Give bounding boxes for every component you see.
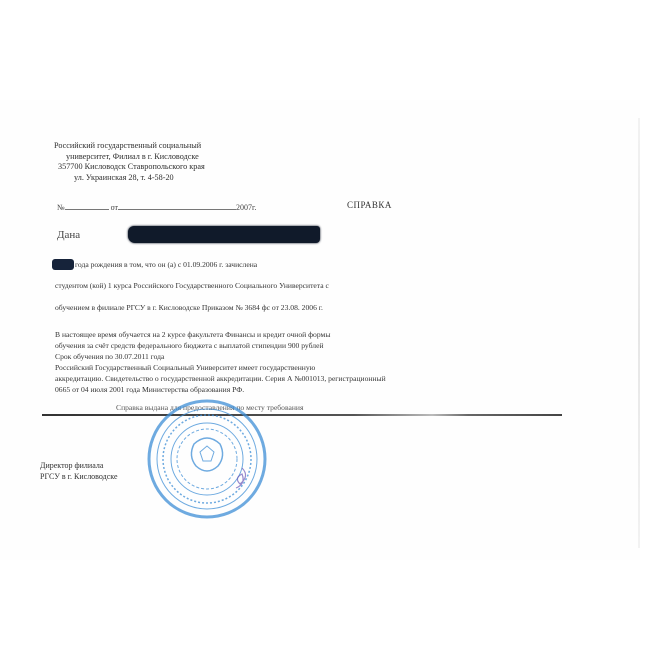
- header-line: университет, Филиал в г. Кисловодске: [54, 152, 205, 163]
- institution-header: Российский государственный социальный ун…: [54, 141, 205, 183]
- number-blank: [65, 203, 109, 210]
- redacted-name: [128, 226, 320, 243]
- header-line: 357700 Кисловодск Ставропольского края: [54, 162, 205, 173]
- body-line: студентом (кой) 1 курса Российского Госу…: [55, 281, 329, 291]
- body-line: года рождения в том, что он (а) с 01.09.…: [75, 260, 257, 270]
- date-label: от: [111, 203, 118, 212]
- signature-block: Директор филиала РГСУ в г. Кисловодске: [40, 460, 118, 482]
- header-line: ул. Украинская 28, т. 4-58-20: [54, 173, 205, 184]
- page-edge: [638, 118, 640, 548]
- paragraph-line: обучения за счёт средств федерального бю…: [55, 341, 324, 351]
- number-label: №: [57, 203, 65, 212]
- paragraph-line: Срок обучения по 30.07.2011 года: [55, 352, 164, 362]
- date-blank: [118, 203, 236, 210]
- redacted-birth-year: [52, 259, 74, 270]
- header-line: Российский государственный социальный: [54, 141, 205, 152]
- director-branch: РГСУ в г. Кисловодске: [40, 471, 118, 482]
- director-title: Директор филиала: [40, 460, 118, 471]
- document-title: СПРАВКА: [347, 200, 392, 210]
- paragraph-line: 0665 от 04 июля 2001 года Министерства о…: [55, 385, 244, 395]
- body-line: обучением в филиале РГСУ в г. Кисловодск…: [55, 303, 323, 313]
- issued-to-label: Дана: [57, 229, 80, 241]
- paragraph-line: В настоящее время обучается на 2 курсе ф…: [55, 330, 330, 340]
- year-suffix: 2007г.: [236, 203, 256, 212]
- divider-line: [42, 414, 562, 416]
- document-number-row: № от2007г.: [57, 203, 256, 212]
- official-stamp-icon: [146, 398, 268, 520]
- paragraph-line: аккредитацию. Свидетельство о государств…: [55, 374, 386, 384]
- paragraph-line: Российский Государственный Социальный Ун…: [55, 363, 315, 373]
